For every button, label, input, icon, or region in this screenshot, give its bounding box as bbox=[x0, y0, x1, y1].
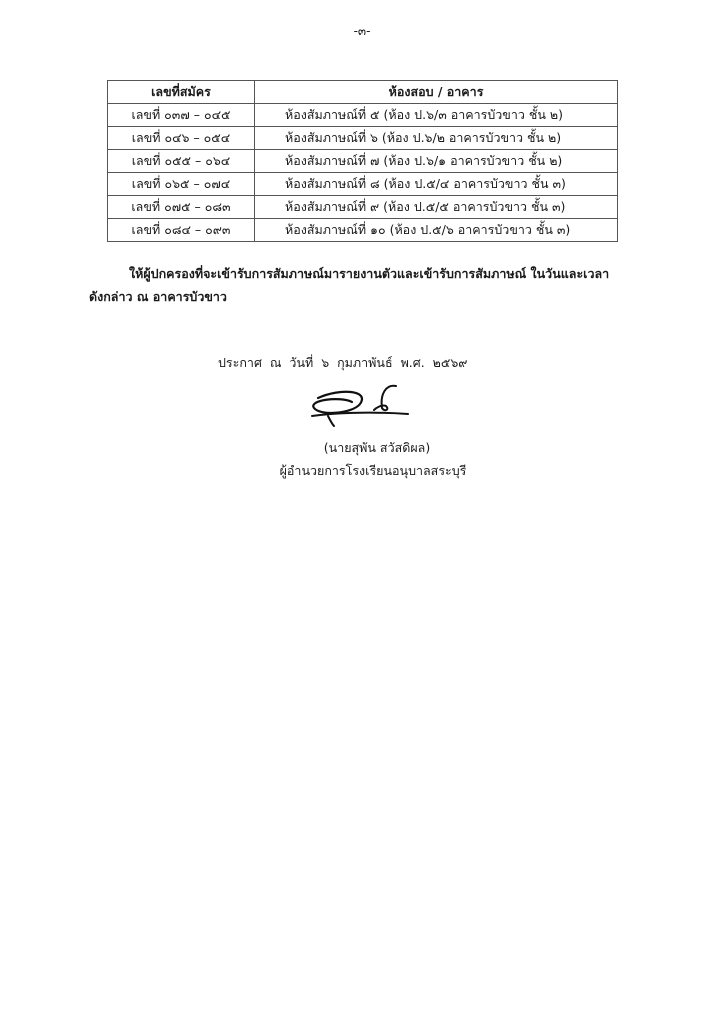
applicant-range: เลขที่ ๐๘๔ – ๐๙๓ bbox=[108, 219, 255, 242]
signer-name: (นายสุพัน สวัสดิผล) bbox=[0, 438, 724, 458]
table-row: เลขที่ ๐๘๔ – ๐๙๓ ห้องสัมภาษณ์ที่ ๑๐ (ห้อ… bbox=[108, 219, 618, 242]
table-row: เลขที่ ๐๖๕ – ๐๗๔ ห้องสัมภาษณ์ที่ ๘ (ห้อง… bbox=[108, 173, 618, 196]
signer-title: ผู้อำนวยการโรงเรียนอนุบาลสระบุรี bbox=[0, 461, 724, 481]
applicant-range: เลขที่ ๐๕๕ – ๐๖๔ bbox=[108, 150, 255, 173]
applicant-range: เลขที่ ๐๓๗ – ๐๔๕ bbox=[108, 104, 255, 127]
applicant-range: เลขที่ ๐๔๖ – ๐๕๔ bbox=[108, 127, 255, 150]
room-assignment: ห้องสัมภาษณ์ที่ ๑๐ (ห้อง ป.๕/๖ อาคารบัวข… bbox=[255, 219, 618, 242]
table-header-row: เลขที่สมัคร ห้องสอบ / อาคาร bbox=[108, 81, 618, 104]
instruction-paragraph: ให้ผู้ปกครองที่จะเข้ารับการสัมภาษณ์มาราย… bbox=[89, 262, 619, 308]
interview-room-table: เลขที่สมัคร ห้องสอบ / อาคาร เลขที่ ๐๓๗ –… bbox=[107, 80, 618, 242]
table-row: เลขที่ ๐๔๖ – ๐๕๔ ห้องสัมภาษณ์ที่ ๖ (ห้อง… bbox=[108, 127, 618, 150]
table-row: เลขที่ ๐๗๕ – ๐๘๓ ห้องสัมภาษณ์ที่ ๙ (ห้อง… bbox=[108, 196, 618, 219]
applicant-range: เลขที่ ๐๖๕ – ๐๗๔ bbox=[108, 173, 255, 196]
table-row: เลขที่ ๐๓๗ – ๐๔๕ ห้องสัมภาษณ์ที่ ๕ (ห้อง… bbox=[108, 104, 618, 127]
applicant-range: เลขที่ ๐๗๕ – ๐๘๓ bbox=[108, 196, 255, 219]
room-assignment: ห้องสัมภาษณ์ที่ ๕ (ห้อง ป.๖/๓ อาคารบัวขา… bbox=[255, 104, 618, 127]
room-assignment: ห้องสัมภาษณ์ที่ ๘ (ห้อง ป.๕/๔ อาคารบัวขา… bbox=[255, 173, 618, 196]
page-number: -๓- bbox=[0, 22, 724, 41]
announcement-date: ประกาศ ณ วันที่ ๖ กุมภาพันธ์ พ.ศ. ๒๕๖๙ bbox=[218, 353, 467, 373]
room-assignment: ห้องสัมภาษณ์ที่ ๗ (ห้อง ป.๖/๑ อาคารบัวขา… bbox=[255, 150, 618, 173]
header-applicant-number: เลขที่สมัคร bbox=[108, 81, 255, 104]
instruction-text: ให้ผู้ปกครองที่จะเข้ารับการสัมภาษณ์มาราย… bbox=[89, 266, 609, 304]
table-row: เลขที่ ๐๕๕ – ๐๖๔ ห้องสัมภาษณ์ที่ ๗ (ห้อง… bbox=[108, 150, 618, 173]
room-assignment: ห้องสัมภาษณ์ที่ ๙ (ห้อง ป.๕/๕ อาคารบัวขา… bbox=[255, 196, 618, 219]
header-room-building: ห้องสอบ / อาคาร bbox=[255, 81, 618, 104]
signature-image bbox=[300, 380, 410, 430]
room-assignment: ห้องสัมภาษณ์ที่ ๖ (ห้อง ป.๖/๒ อาคารบัวขา… bbox=[255, 127, 618, 150]
